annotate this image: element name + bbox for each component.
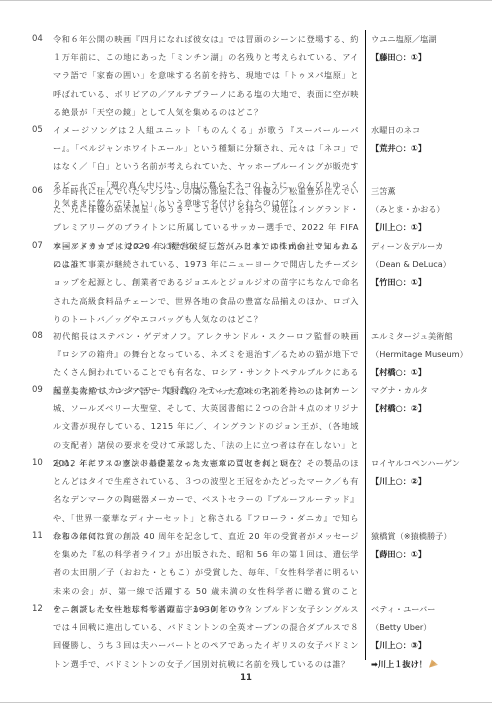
answer-reading: （Dean & DeLuca） <box>371 255 491 273</box>
answer-text: 水曜日のネコ <box>371 121 491 139</box>
answer-reading: （みとま・かおる） <box>371 200 491 218</box>
question-number: 12 <box>32 600 43 618</box>
answer-block: 猿橋賞（※猿橋勝子） 【蒔田○：①】 <box>371 527 491 563</box>
question-number: 09 <box>32 381 43 399</box>
score-tag: 【村橋○：①】 <box>371 363 491 381</box>
question-number: 07 <box>32 237 43 255</box>
winner-note: ➡川上１抜け！ <box>371 655 491 673</box>
answer-block: 三笘薫 （みとま・かおる） 【川上○：①】 <box>371 182 491 237</box>
answer-text: エルミタージュ美術館 <box>371 327 491 345</box>
question-text: 令和６年公開の映画『四月になれば彼女は』では冒頭のシーンに登場する、約１万年前に… <box>53 30 359 121</box>
score-tag: 【藤田○：①】 <box>371 48 491 66</box>
answer-block: ロイヤルコペンハーゲン 【川上○：②】 <box>371 454 491 490</box>
answer-block: ディーン＆デルーカ （Dean & DeLuca） 【竹田○：①】 <box>371 237 491 292</box>
question-number: 05 <box>32 121 43 139</box>
score-tag: 【川上○：③】 <box>371 636 491 654</box>
answer-text: ベティ・ユーバー <box>371 600 491 618</box>
answer-text: ディーン＆デルーカ <box>371 237 491 255</box>
winner-note-text: ➡川上１抜け！ <box>371 659 427 669</box>
question-number: 04 <box>32 30 43 48</box>
question-text: テニスプレイヤーとしても活躍し、1930 年のウィンブルドン女子シングルスでは４… <box>53 600 359 673</box>
answer-block: ベティ・ユーバー （Betty Uber） 【川上○：③】 ➡川上１抜け！ <box>371 600 491 673</box>
question-number: 08 <box>32 327 43 345</box>
answer-block: 水曜日のネコ 【荒井○：①】 <box>371 121 491 157</box>
top-border <box>0 0 492 1</box>
answer-text: ロイヤルコペンハーゲン <box>371 454 491 472</box>
score-tag: 【村橋○：②】 <box>371 399 491 417</box>
score-tag: 【竹田○：①】 <box>371 273 491 291</box>
party-popper-icon <box>429 659 438 668</box>
score-tag: 【川上○：①】 <box>371 218 491 236</box>
answer-text: 猿橋賞（※猿橋勝子） <box>371 527 491 545</box>
score-tag: 【荒井○：①】 <box>371 139 491 157</box>
answer-text: 三笘薫 <box>371 182 491 200</box>
question-number: 06 <box>32 182 43 200</box>
question-number: 10 <box>32 454 43 472</box>
column-divider <box>365 30 366 660</box>
question-text: 本国アメリカでは 2020 年に経営破綻したが、日本では株式会社ウェルカムによっ… <box>53 237 359 328</box>
page-number: 11 <box>0 673 492 683</box>
answer-text: マグナ・カルタ <box>371 381 491 399</box>
answer-reading: （Betty Uber） <box>371 618 491 636</box>
score-tag: 【蒔田○：①】 <box>371 545 491 563</box>
answer-text: ウユニ塩原／塩湖 <box>371 30 491 48</box>
answer-block: エルミタージュ美術館 （Hermitage Museum） 【村橋○：①】 <box>371 327 491 382</box>
score-tag: 【川上○：②】 <box>371 472 491 490</box>
answer-block: ウユニ塩原／塩湖 【藤田○：①】 <box>371 30 491 66</box>
question-number: 11 <box>32 527 43 545</box>
answer-reading: （Hermitage Museum） <box>371 345 491 363</box>
answer-block: マグナ・カルタ 【村橋○：②】 <box>371 381 491 417</box>
